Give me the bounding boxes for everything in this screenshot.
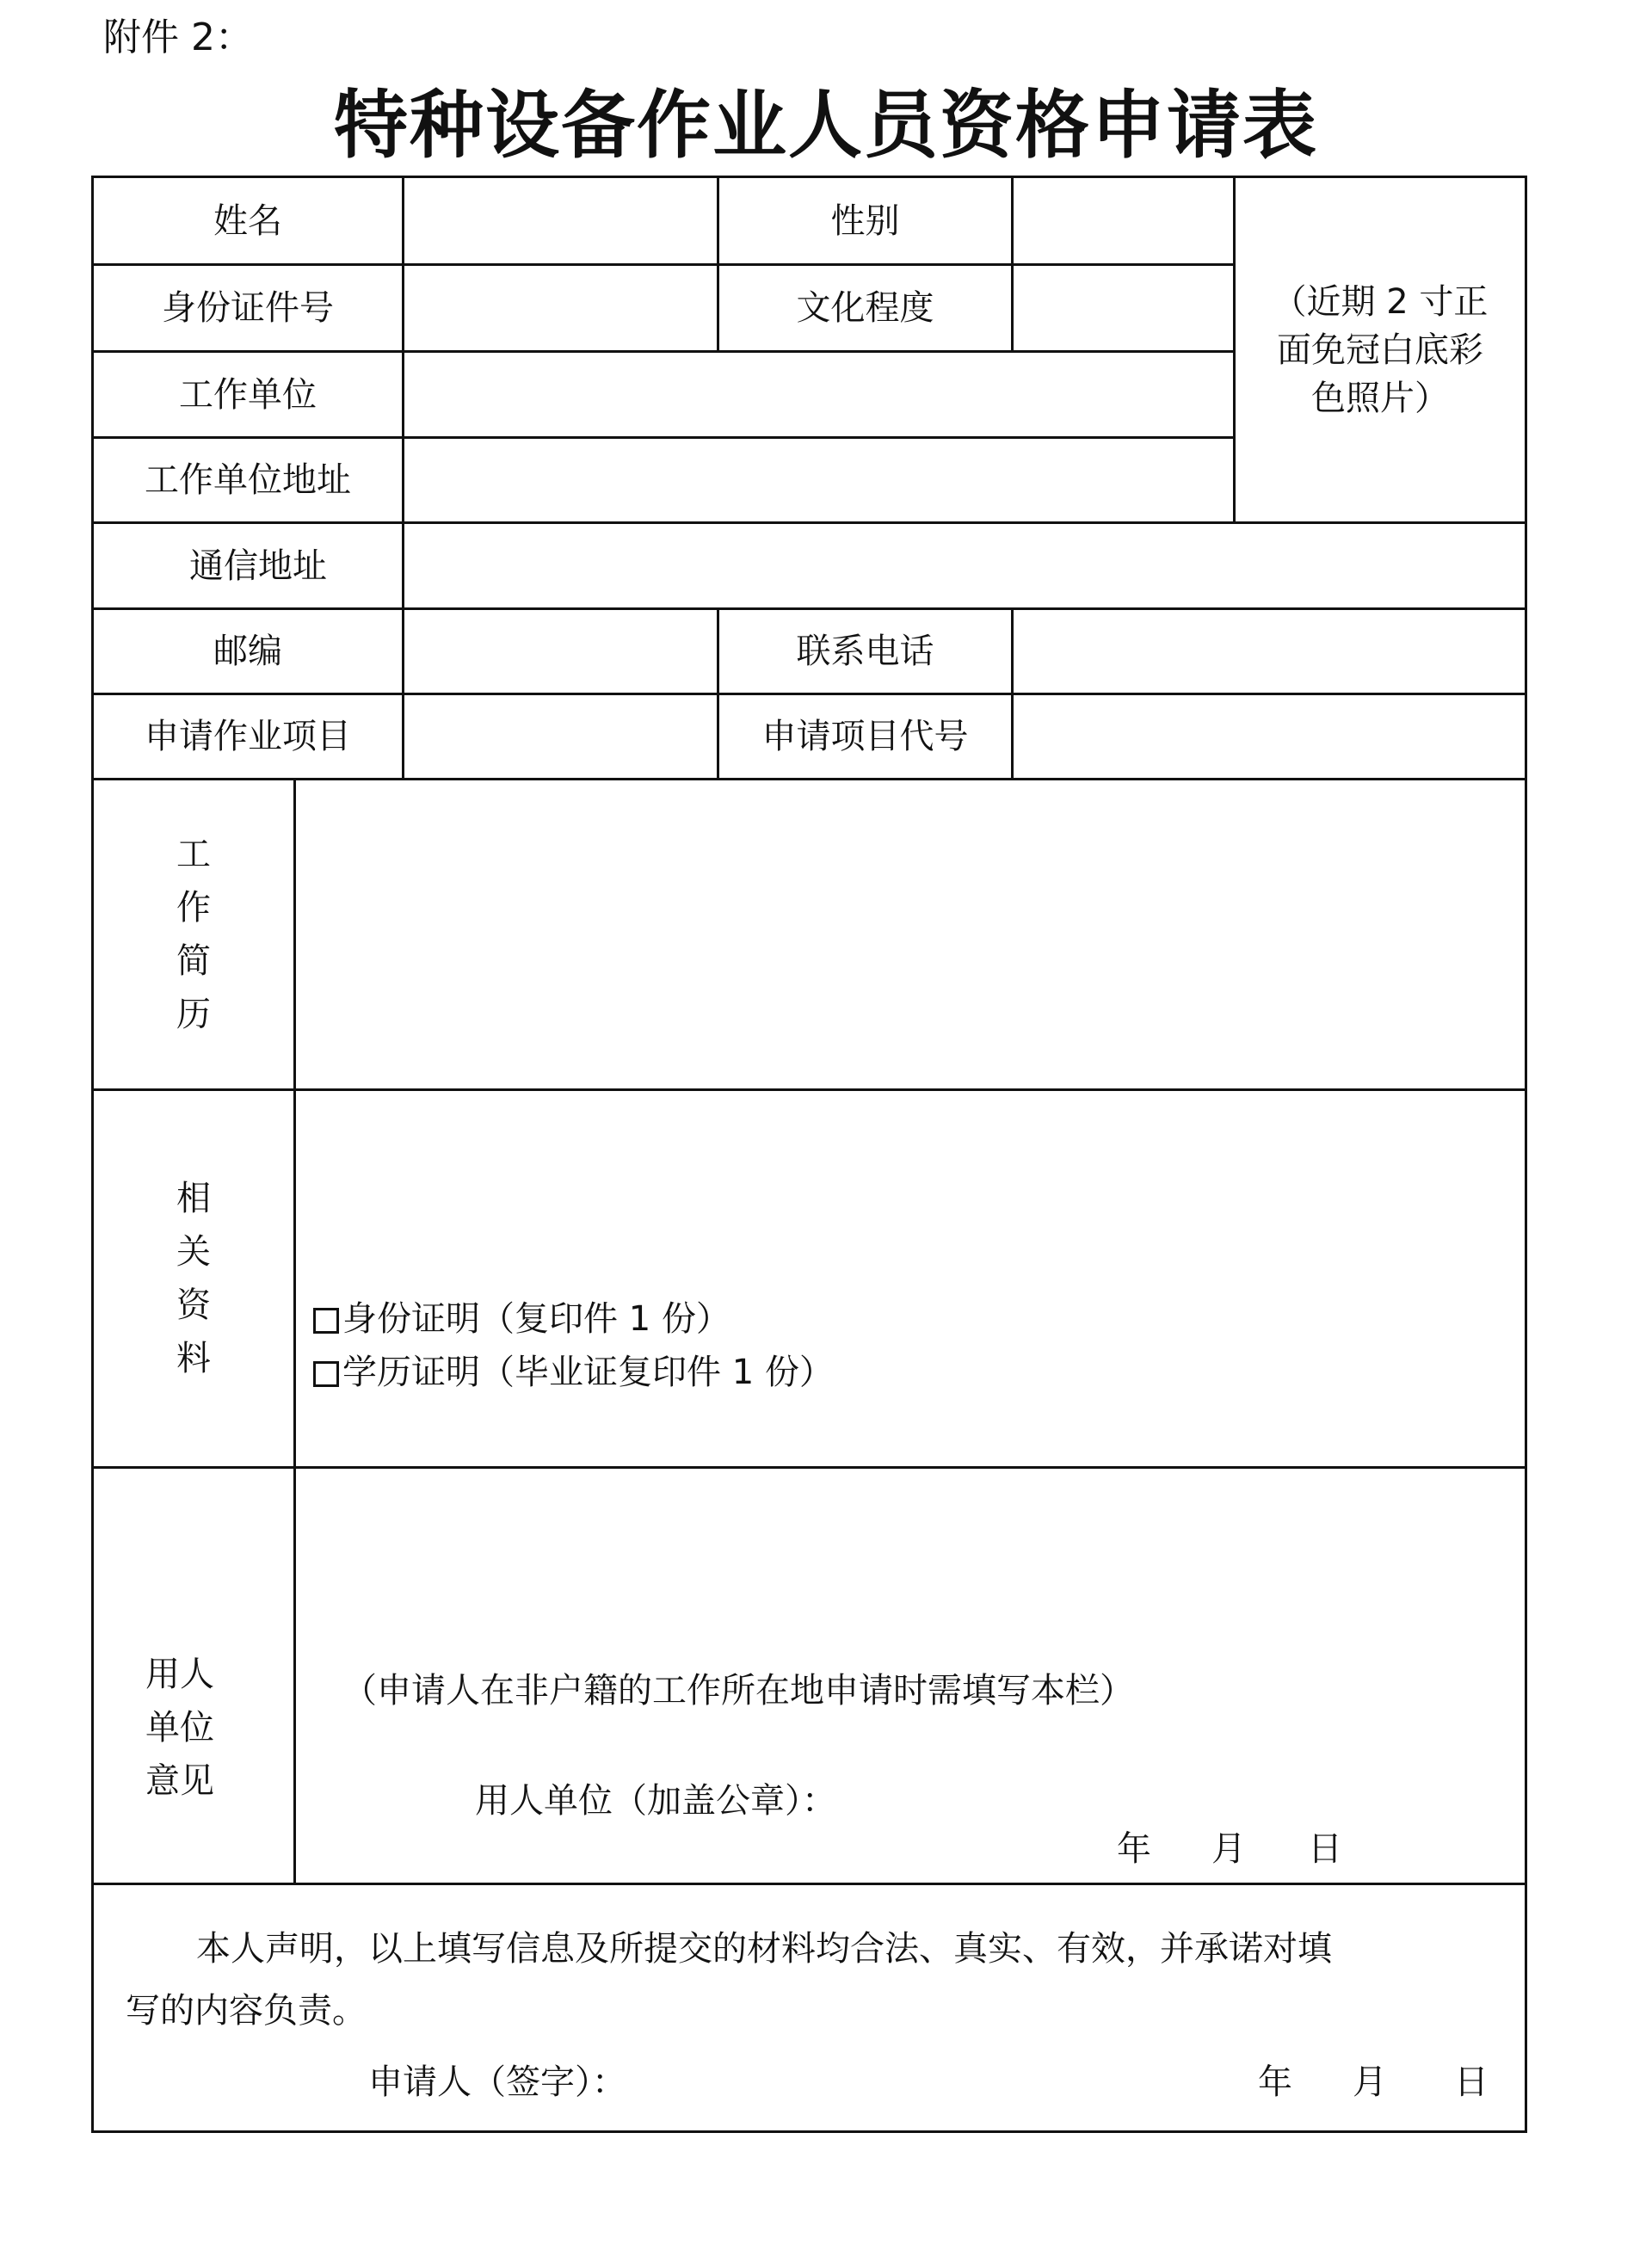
declaration-line2: 写的内容负责。 (126, 1989, 367, 2032)
item-code-label: 申请项目代号 (719, 695, 1011, 778)
employer-opinion-label-line: 意见 (145, 1754, 214, 1808)
employer-date-day: 日 (1308, 1828, 1342, 1871)
row-divider (92, 1088, 1527, 1091)
applied-item-label: 申请作业项目 (94, 695, 402, 778)
table-border-right (1525, 176, 1527, 2133)
document-item-education-proof[interactable]: 学历证明（毕业证复印件 1 份） (313, 1351, 834, 1394)
row-divider (92, 1883, 1527, 1885)
employer-opinion-field[interactable] (296, 1469, 1525, 1667)
phone-field[interactable] (1014, 610, 1525, 693)
id-number-label: 身份证件号 (94, 266, 402, 350)
declaration-line1: 本人声明，以上填写信息及所提交的材料均合法、真实、有效，并承诺对填 (196, 1927, 1332, 1970)
gender-label: 性别 (719, 178, 1011, 263)
document-item-label: 学历证明（毕业证复印件 1 份） (342, 1353, 834, 1392)
employer-opinion-label: 用人 单位 意见 (94, 1469, 266, 1883)
employer-date-year: 年 (1117, 1828, 1151, 1871)
checkbox-id-proof[interactable] (313, 1308, 339, 1334)
photo-hint-line3: 色照片） (1273, 374, 1489, 422)
mailing-address-field[interactable] (404, 524, 1525, 607)
mailing-address-label: 通信地址 (94, 524, 402, 607)
signature-field[interactable] (671, 2056, 1239, 2108)
education-field[interactable] (1014, 266, 1233, 350)
item-code-field[interactable] (1014, 695, 1525, 778)
work-history-label: 工 作 简 历 (94, 780, 293, 1088)
work-history-label-char: 简 (176, 934, 211, 988)
photo-hint-line1: （近期 2 寸正 (1273, 278, 1489, 326)
postcode-field[interactable] (404, 610, 717, 693)
employer-opinion-label-line: 用人 (145, 1648, 214, 1701)
employer-address-label: 工作单位地址 (94, 439, 402, 521)
documents-label-char: 相 (176, 1172, 211, 1225)
applied-item-field[interactable] (404, 695, 717, 778)
employer-field[interactable] (404, 353, 1233, 436)
documents-label-char: 关 (176, 1225, 211, 1279)
employer-label: 工作单位 (94, 353, 402, 436)
documents-label-char: 资 (176, 1279, 211, 1332)
photo-hint-line2: 面免冠白底彩 (1273, 326, 1489, 374)
employer-opinion-label-line: 单位 (145, 1701, 214, 1754)
employer-address-field[interactable] (404, 439, 1233, 521)
declaration-date-year: 年 (1258, 2061, 1292, 2104)
postcode-label: 邮编 (94, 610, 402, 693)
declaration-date-month: 月 (1353, 2061, 1387, 2104)
employer-stamp-label: 用人单位（加盖公章）： (475, 1779, 836, 1822)
table-border-bottom (92, 2130, 1527, 2133)
photo-placeholder[interactable]: （近期 2 寸正 面免冠白底彩 色照片） (1236, 178, 1525, 521)
form-title: 特种设备作业人员资格申请表 (0, 84, 1652, 167)
declaration-date-day: 日 (1454, 2061, 1489, 2104)
documents-label: 相 关 资 料 (94, 1091, 293, 1466)
checkbox-education-proof[interactable] (313, 1361, 339, 1387)
document-item-label: 身份证明（复印件 1 份） (342, 1299, 730, 1339)
signature-label: 申请人（签字）： (368, 2061, 626, 2104)
employer-date-month: 月 (1211, 1828, 1246, 1871)
employer-opinion-note: （申请人在非户籍的工作所在地申请时需填写本栏） (342, 1669, 1134, 1712)
name-field[interactable] (404, 178, 717, 263)
work-history-field[interactable] (296, 780, 1525, 1088)
name-label: 姓名 (94, 178, 402, 263)
gender-field[interactable] (1014, 178, 1233, 263)
documents-label-char: 料 (176, 1332, 211, 1385)
work-history-label-char: 历 (176, 988, 211, 1041)
education-label: 文化程度 (719, 266, 1011, 350)
annex-label: 附件 2： (103, 14, 253, 62)
id-number-field[interactable] (404, 266, 717, 350)
document-item-id-proof[interactable]: 身份证明（复印件 1 份） (313, 1298, 730, 1341)
work-history-label-char: 工 (176, 828, 211, 881)
work-history-label-char: 作 (176, 881, 211, 934)
phone-label: 联系电话 (719, 610, 1011, 693)
